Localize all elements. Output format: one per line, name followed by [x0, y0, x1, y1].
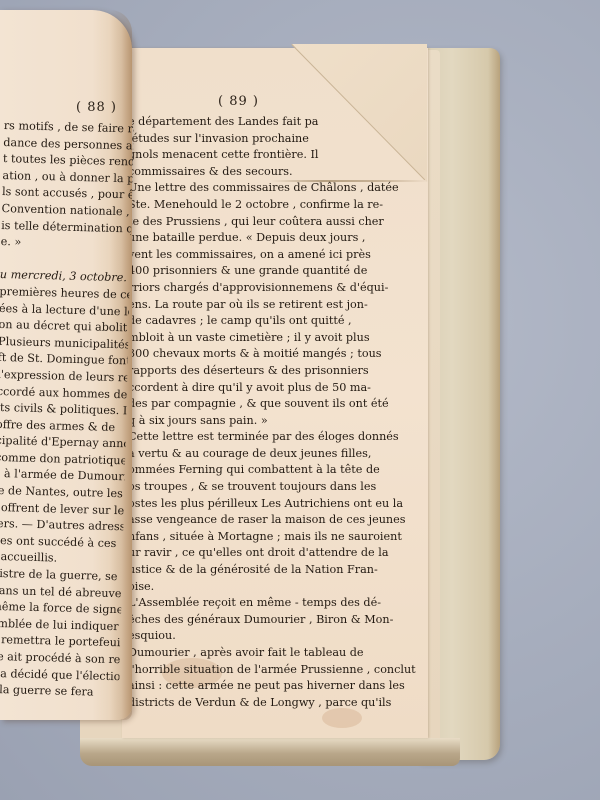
text-line: districts de Verdun & de Longwy , parce … [128, 695, 428, 712]
text-line: e département des Landes fait pa [128, 114, 428, 131]
text-line: q à six jours sans pain. » [128, 413, 428, 430]
text-line: ens. La route par où ils se retirent est… [128, 297, 428, 314]
book-bottom-edge [80, 738, 460, 766]
text-line: Une lettre des commissaires de Châlons ,… [128, 180, 428, 197]
page-number-right: ( 89 ) [218, 94, 259, 109]
text-line: Dumourier , après avoir fait le tableau … [128, 645, 428, 662]
right-page-text: e département des Landes fait pa iétudes… [128, 114, 428, 711]
text-line: une bataille perdue. « Depuis deux jours… [128, 230, 428, 247]
text-line: te des Prussiens , qui leur coûtera auss… [128, 214, 428, 231]
text-line: vent les commissaires, on a amené ici pr… [128, 247, 428, 264]
text-line: Ste. Menehould le 2 octobre , confirme l… [128, 197, 428, 214]
text-line: 300 chevaux morts & à moitié mangés ; to… [128, 346, 428, 363]
text-line: ccordent à dire qu'il y avoit plus de 50… [128, 380, 428, 397]
text-line: ommées Ferning qui combattent à la tête … [128, 462, 428, 479]
page-number-left: ( 88 ) [76, 100, 117, 115]
text-line: gnols menacent cette frontière. Il [128, 147, 428, 164]
text-line: os troupes , & se trouvent toujours dans… [128, 479, 428, 496]
text-line: mbloit à un vaste cimetière ; il y avoit… [128, 330, 428, 347]
left-page-text: rs motifs , de se faire rap- dance des p… [0, 118, 134, 702]
text-line: des par compagnie , & que souvent ils on… [128, 396, 428, 413]
text-line: iétudes sur l'invasion prochaine [128, 131, 428, 148]
text-line: l'horrible situation de l'armée Prussien… [128, 662, 428, 679]
text-line: de cadavres ; le camp qu'ils ont quitté … [128, 313, 428, 330]
text-line: esquiou. [128, 628, 428, 645]
text-line: êches des généraux Dumourier , Biron & M… [128, 612, 428, 629]
text-line: L'Assemblée reçoit en même - temps des d… [128, 595, 428, 612]
text-line: a vertu & au courage de deux jeunes fill… [128, 446, 428, 463]
text-line: rapports des déserteurs & des prisonnier… [128, 363, 428, 380]
text-line: 400 prisonniers & une grande quantité de [128, 263, 428, 280]
text-line: ustice & de la générosité de la Nation F… [128, 562, 428, 579]
text-line: e la guerre se fera [0, 682, 119, 702]
text-line: nfans , située à Mortagne ; mais ils ne … [128, 529, 428, 546]
text-line: commissaires & des secours. [128, 164, 428, 181]
text-line: e. » [1, 234, 131, 254]
text-line: rriors chargés d'approvisionnemens & d'é… [128, 280, 428, 297]
text-line: ainsi : cette armée ne peut pas hiverner… [128, 678, 428, 695]
text-line: Cette lettre est terminée par des éloges… [128, 429, 428, 446]
text-line: oise. [128, 579, 428, 596]
text-line: asse vengeance de raser la maison de ces… [128, 512, 428, 529]
text-line: ur ravir , ce qu'elles ont droit d'atten… [128, 545, 428, 562]
text-line: ostes les plus périlleux Les Autrichiens… [128, 496, 428, 513]
